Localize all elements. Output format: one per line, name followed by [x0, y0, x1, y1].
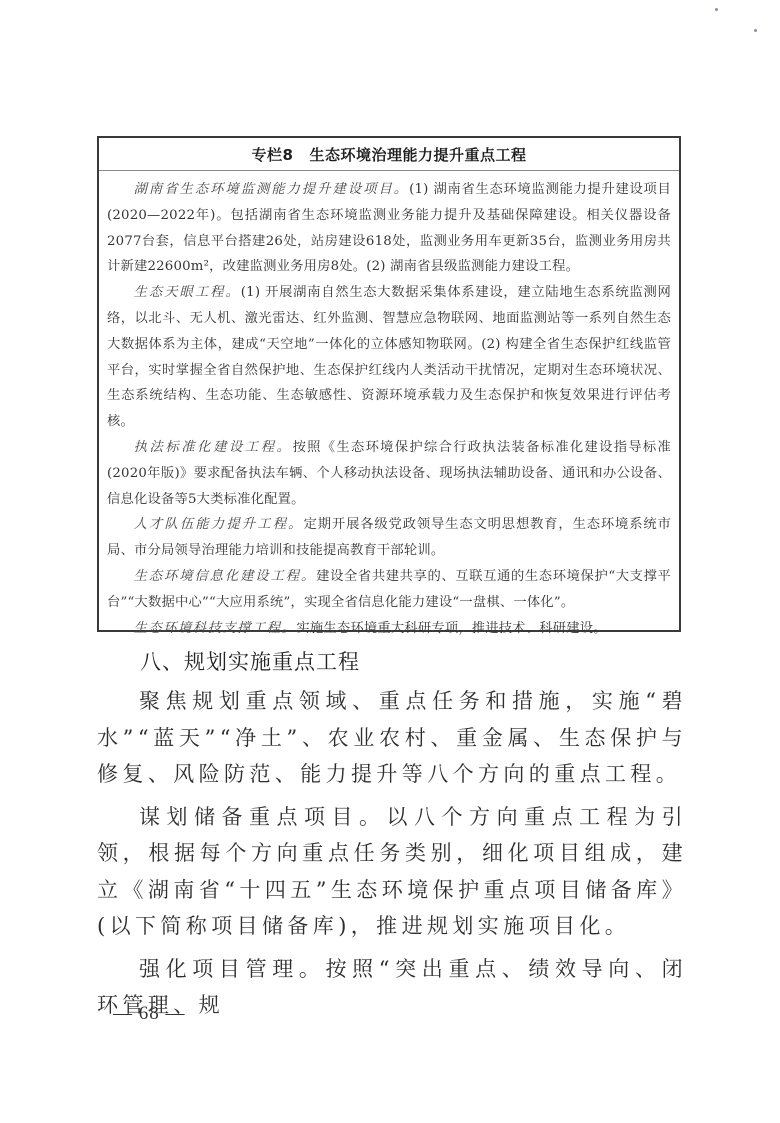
- box-paragraph: 人才队伍能力提升工程。定期开展各级党政领导生态文明思想教育，生态环境系统市局、市…: [107, 512, 671, 564]
- box-paragraph: 湖南省生态环境监测能力提升建设项目。(1) 湖南省生态环境监测能力提升建设项目(…: [107, 177, 671, 280]
- body-paragraph: 谋划储备重点项目。以八个方向重点工程为引领，根据每个方向重点任务类别，细化项目组…: [97, 799, 687, 945]
- paragraph-lead: 人才队伍能力提升工程。: [134, 517, 304, 532]
- section-heading: 八、规划实施重点工程: [140, 646, 360, 676]
- feature-box-title: 专栏8 生态环境治理能力提升重点工程: [99, 138, 679, 171]
- feature-box-body: 湖南省生态环境监测能力提升建设项目。(1) 湖南省生态环境监测能力提升建设项目(…: [99, 171, 679, 641]
- paragraph-text: 实施生态环境重大科研专项，推进技术、科研建设。: [296, 621, 606, 636]
- paragraph-lead: 生态天眼工程。: [134, 285, 241, 300]
- paragraph-text: (1) 开展湖南自然生态大数据采集体系建设，建立陆地生态系统监测网络，以北斗、无…: [107, 285, 671, 429]
- box-paragraph: 生态环境信息化建设工程。建设全省共建共享的、互联互通的生态环境保护“大支撑平台”…: [107, 564, 671, 616]
- feature-box-number: 专栏8: [252, 144, 294, 165]
- paragraph-lead: 执法标准化建设工程。: [134, 440, 293, 455]
- paragraph-lead: 湖南省生态环境监测能力提升建设项目。: [134, 182, 409, 197]
- paragraph-lead: 生态环境信息化建设工程。: [134, 569, 317, 584]
- box-paragraph: 执法标准化建设工程。按照《生态环境保护综合行政执法装备标准化建设指导标准(202…: [107, 435, 671, 512]
- scan-speck: [754, 29, 757, 32]
- section-body: 聚焦规划重点领域、重点任务和措施，实施“碧水”“蓝天”“净土”、农业农村、重金属…: [97, 683, 687, 1030]
- feature-box: 专栏8 生态环境治理能力提升重点工程 湖南省生态环境监测能力提升建设项目。(1)…: [97, 136, 681, 632]
- body-paragraph: 聚焦规划重点领域、重点任务和措施，实施“碧水”“蓝天”“净土”、农业农村、重金属…: [97, 683, 687, 793]
- scan-speck: [715, 8, 718, 11]
- box-paragraph: 生态环境科技支撑工程。实施生态环境重大科研专项，推进技术、科研建设。: [107, 616, 671, 642]
- box-paragraph: 生态天眼工程。(1) 开展湖南自然生态大数据采集体系建设，建立陆地生态系统监测网…: [107, 280, 671, 435]
- page-number: — 68 —: [113, 1003, 186, 1025]
- paragraph-lead: 生态环境科技支撑工程。: [134, 621, 297, 636]
- feature-box-title-text: 生态环境治理能力提升重点工程: [309, 144, 526, 165]
